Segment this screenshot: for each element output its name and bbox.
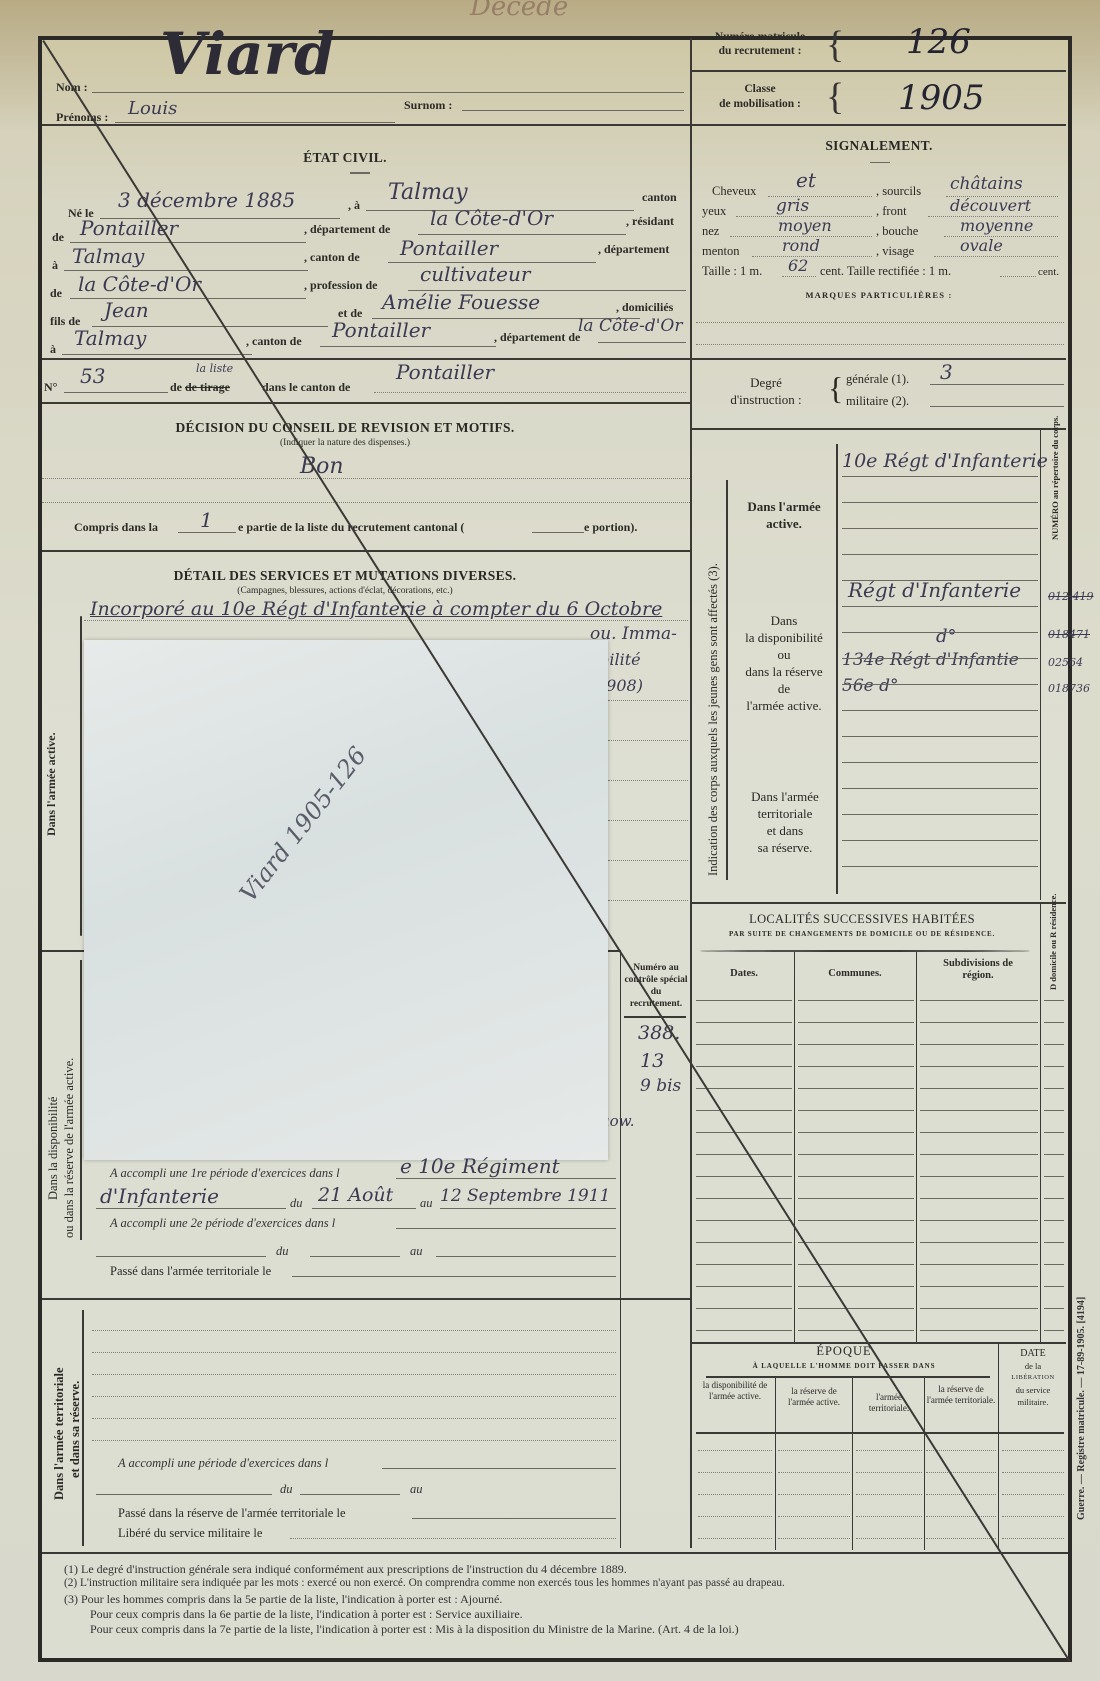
ruled-line <box>926 1472 996 1473</box>
side-label-territoriale-1: Dans l'armée territoriale <box>52 1367 67 1500</box>
de-label: de <box>52 230 64 245</box>
ruled-line <box>1044 1066 1064 1067</box>
domicile-value: Talmay <box>74 326 146 350</box>
domicile-canton-line <box>320 346 496 347</box>
territoriale-rule-6 <box>92 1440 616 1441</box>
ruled-line <box>842 762 1038 763</box>
nom-value: Viard <box>160 20 335 88</box>
departement-line <box>418 234 626 235</box>
repertoire-value-4: 018736 <box>1048 682 1090 695</box>
bouche-label: , bouche <box>876 224 918 239</box>
territoriale-rule-4 <box>92 1396 616 1397</box>
territoriale-rule-3 <box>92 1374 616 1375</box>
ruled-line <box>696 1308 792 1309</box>
corps-active-label: Dans l'armée active. <box>734 498 834 532</box>
ruled-line <box>696 1088 792 1089</box>
ruled-line <box>920 1154 1038 1155</box>
localites-title: LOCALITÉS SUCCESSIVES HABITÉES <box>692 912 1032 927</box>
instruction-label-1: Degré <box>706 374 826 391</box>
repertoire-value-3: 02564 <box>1048 656 1083 669</box>
territoriale-du-label: du <box>280 1482 293 1497</box>
ruled-line <box>856 1516 922 1517</box>
dans-canton-label: dans le canton de <box>262 380 350 395</box>
etat-civil-title-rule <box>350 172 370 174</box>
tirage-bottom-rule <box>42 402 690 404</box>
ruled-line <box>1044 1044 1064 1045</box>
ruled-line <box>696 1000 792 1001</box>
localites-col-communes: Communes. <box>794 968 916 979</box>
decision-line-1 <box>42 478 690 479</box>
bouche-value: moyenne <box>960 216 1033 235</box>
passe-reserve-label: Passé dans la réserve de l'armée territo… <box>118 1506 346 1521</box>
taille-cent2-label: cent. <box>1038 266 1059 278</box>
services-title: DÉTAIL DES SERVICES ET MUTATIONS DIVERSE… <box>0 568 690 584</box>
passe-reserve-line <box>412 1518 616 1519</box>
ruled-line <box>920 1066 1038 1067</box>
disp-line-1: la disponibilité <box>728 629 840 646</box>
ruled-line <box>798 1044 914 1045</box>
localites-divider-3 <box>1040 902 1041 1342</box>
numero-repertoire-label: NUMÉRO au répertoire du corps. <box>1050 416 1060 540</box>
footnote-5: Pour ceux compris dans la 7e partie de l… <box>90 1622 739 1637</box>
matricule-value: 126 <box>906 22 971 62</box>
corps-disponibilite-value-4: 56e d° <box>842 676 898 696</box>
marques-line-2 <box>696 344 1064 345</box>
front-value: découvert <box>950 196 1031 215</box>
classe-label: Classe de mobilisation : <box>700 82 820 112</box>
territoriale-au-label: au <box>410 1482 423 1497</box>
matricule-brace: { <box>826 26 844 64</box>
terr-line-0: Dans l'armée <box>730 788 840 805</box>
side-label-active: Dans l'armée active. <box>44 732 59 836</box>
prenoms-label: Prénoms : <box>56 110 108 125</box>
imprint: Guerre. — Registre matricule. — 17-89-19… <box>1076 1297 1087 1520</box>
birth-departement-value: la Côte-d'Or <box>430 206 553 230</box>
localites-col-domicile: D domicile ou R résidence. <box>1048 893 1058 990</box>
numero-tirage-line <box>64 392 168 393</box>
localites-header-curve <box>700 950 1030 952</box>
ruled-line <box>920 1044 1038 1045</box>
periode-1-value-line2: d'Infanterie <box>100 1184 219 1208</box>
ruled-line <box>842 606 1038 607</box>
ruled-line <box>698 1516 772 1517</box>
nom-line <box>92 92 684 93</box>
marques-rule <box>692 358 1066 360</box>
etat-civil-title: ÉTAT CIVIL. <box>0 150 690 166</box>
instruction-rule <box>692 428 1066 430</box>
disp-line-4: de <box>728 680 840 697</box>
a-label: , à <box>348 198 360 213</box>
mere-value: Amélie Fouesse <box>382 290 540 314</box>
territoriale-right-divider <box>620 1298 621 1548</box>
classe-label-2: de mobilisation : <box>700 97 820 112</box>
localites-subtitle: PAR SUITE DE CHANGEMENTS DE DOMICILE OU … <box>692 930 1032 938</box>
localites-divider-1 <box>794 952 795 1342</box>
corps-disponibilite-value-2: d° <box>936 626 957 647</box>
domicile-departement-line <box>598 342 686 343</box>
ruled-line <box>798 1308 914 1309</box>
profession-label: , profession de <box>304 278 377 293</box>
ruled-line <box>920 1132 1038 1133</box>
ruled-line <box>1002 1494 1064 1495</box>
taille-label: Taille : 1 m. <box>702 264 762 279</box>
menton-line <box>752 256 872 257</box>
numero-controle-value-2: 13 <box>640 1050 664 1072</box>
terr-line-1: territoriale <box>730 805 840 822</box>
ruled-line <box>920 1286 1038 1287</box>
ruled-line <box>696 1132 792 1133</box>
signalement-title-rule <box>870 162 890 163</box>
domicile-line <box>62 354 252 355</box>
residence-line <box>64 270 308 271</box>
portion-line <box>532 532 584 533</box>
nez-label: nez <box>702 224 719 239</box>
canton-line <box>70 242 306 243</box>
corps-disponibilite-value-3: 134e Régt d'Infantie <box>842 650 1019 670</box>
ruled-line <box>920 1000 1038 1001</box>
tirage-struck: de tirage <box>185 380 230 394</box>
ruled-line <box>1044 1110 1064 1111</box>
ruled-line <box>856 1538 922 1539</box>
domicilies-label: , domiciliés <box>616 300 673 315</box>
ruled-line <box>696 1154 792 1155</box>
ruled-line <box>842 502 1038 503</box>
disp-line-0: Dans <box>728 612 840 629</box>
visage-value: ovale <box>960 236 1003 255</box>
side-label-disponibilite-1: Dans la disponibilité <box>46 1097 61 1200</box>
ruled-line <box>1044 1330 1064 1331</box>
generale-line <box>930 384 1064 385</box>
menton-label: menton <box>702 244 740 259</box>
nez-value: moyen <box>778 216 832 235</box>
ruled-line <box>920 1220 1038 1221</box>
territoriale-du-line <box>300 1494 400 1495</box>
epoque-divider-4 <box>998 1342 999 1550</box>
instruction-brace: { <box>828 368 843 408</box>
attached-paper-slip: Viard 1905-126 <box>84 640 608 1160</box>
prenoms-line <box>115 122 395 123</box>
footnotes-top-rule <box>42 1552 1068 1554</box>
corps-disponibilite-value-1: Régt d'Infanterie <box>848 578 1021 602</box>
ruled-line <box>778 1472 850 1473</box>
periode-2-du-label: du <box>276 1244 289 1259</box>
numero-tirage-value: 53 <box>80 364 105 388</box>
epoque-divider-3 <box>924 1378 925 1550</box>
numero-tirage-label: N° <box>44 380 57 395</box>
corps-side-label: Indication des corps auxquels les jeunes… <box>706 563 721 876</box>
stamp-decede: Décédé <box>470 0 568 22</box>
sourcils-value: châtains <box>950 174 1023 194</box>
dl-2: LIBÉRATION <box>1000 1372 1066 1384</box>
ruled-line <box>920 1330 1038 1331</box>
sourcils-label: , sourcils <box>876 184 921 199</box>
ruled-line <box>842 580 1038 581</box>
periode-1-au-value: 12 Septembre 1911 <box>440 1186 610 1206</box>
ruled-line <box>856 1450 922 1451</box>
ruled-line <box>926 1538 996 1539</box>
periode-2-label: A accompli une 2e période d'exercices da… <box>110 1216 335 1231</box>
epoque-header-curve <box>706 1376 990 1378</box>
epoque-subtitle: À LAQUELLE L'HOMME DOIT PASSER DANS <box>694 1362 994 1370</box>
territoriale-periode-line <box>382 1468 616 1469</box>
taille-rectifiee-line <box>1000 276 1036 277</box>
decision-subtitle: (Indiquer la nature des dispenses.) <box>0 438 690 448</box>
taille-cent-label: cent. Taille rectifiée : 1 m. <box>820 264 951 279</box>
decision-title: DÉCISION DU CONSEIL DE REVISION ET MOTIF… <box>0 420 690 436</box>
domicile-canton-value: Pontailler <box>332 318 430 342</box>
ruled-line <box>778 1516 850 1517</box>
marques-line-1 <box>696 322 1064 323</box>
services-rule-5 <box>608 820 688 821</box>
slip-note: Viard 1905-126 <box>234 742 372 908</box>
visage-line <box>934 256 1058 257</box>
matricule-label: Numéro matricule du recrutement : <box>700 30 820 58</box>
disp-line-3: dans la réserve <box>728 663 840 680</box>
date-liberation-header: DATE de la LIBÉRATION du service militai… <box>1000 1348 1066 1408</box>
terr-line-2: et dans <box>730 822 840 839</box>
periode-1-du-line <box>312 1208 416 1209</box>
services-rule-7 <box>608 900 688 901</box>
periode-2-au-line <box>436 1256 616 1257</box>
ruled-line <box>1044 1308 1064 1309</box>
numero-controle-value-3: 9 bis <box>640 1076 681 1096</box>
compris-line <box>178 532 236 533</box>
ruled-line <box>798 1220 914 1221</box>
footnote-2: (2) L'instruction militaire sera indiqué… <box>64 1577 785 1589</box>
ruled-line <box>842 710 1038 711</box>
ruled-line <box>698 1538 772 1539</box>
ruled-line <box>698 1450 772 1451</box>
periode-1-au-label: au <box>420 1196 433 1211</box>
periode-1-au-line <box>440 1208 616 1209</box>
epoque-col-header-rule <box>696 1432 1064 1434</box>
ruled-line <box>842 788 1038 789</box>
militaire-label: militaire (2). <box>846 394 909 409</box>
epoque-col-1: la disponibilité de l'armée active. <box>696 1380 774 1402</box>
ruled-line <box>926 1494 996 1495</box>
taille-value: 62 <box>788 256 808 275</box>
active-bracket <box>80 616 82 936</box>
de-tirage-label: de de tirage <box>170 380 230 395</box>
territoriale-du-pre-line <box>96 1494 272 1495</box>
ruled-line <box>778 1450 850 1451</box>
de-la-liste-correction: la liste <box>196 362 233 375</box>
localites-col-subdivisions: Subdivisions de région. <box>938 958 1018 982</box>
classe-label-1: Classe <box>700 82 820 97</box>
services-rule-2 <box>608 700 688 701</box>
footnote-1: (1) Le degré d'instruction générale sera… <box>64 1562 627 1577</box>
passe-territoriale-label: Passé dans l'armée territoriale le <box>110 1264 271 1279</box>
canton-label: canton <box>642 190 677 205</box>
ruled-line <box>842 684 1038 685</box>
ruled-line <box>842 736 1038 737</box>
ruled-line <box>842 658 1038 659</box>
ruled-line <box>798 1330 914 1331</box>
ruled-line <box>842 554 1038 555</box>
disponibilite-bracket <box>80 960 82 1240</box>
periode-1-line-2 <box>96 1208 286 1209</box>
services-rule-1 <box>84 620 688 621</box>
epoque-divider-1 <box>775 1378 776 1550</box>
periode-1-du-value: 21 Août <box>318 1184 393 1206</box>
ruled-line <box>696 1330 792 1331</box>
ruled-line <box>798 1286 914 1287</box>
de2-label: de <box>50 286 62 301</box>
generale-value: 3 <box>940 360 953 384</box>
ruled-line <box>698 1472 772 1473</box>
dl-1: de la <box>1000 1360 1066 1372</box>
services-line-1: Incorporé au 10e Régt d'Infanterie à com… <box>90 598 662 620</box>
generale-label: générale (1). <box>846 372 909 387</box>
ruled-line <box>1044 1176 1064 1177</box>
periode-2-line-2 <box>96 1256 266 1257</box>
classe-brace: { <box>826 78 844 116</box>
pere-value: Jean <box>104 298 149 322</box>
ruled-line <box>842 528 1038 529</box>
classe-value: 1905 <box>898 78 985 118</box>
territoriale-rule-2 <box>92 1352 616 1353</box>
surnom-label: Surnom : <box>404 98 452 113</box>
side-label-territoriale-2: et dans sa réserve. <box>68 1381 83 1478</box>
ruled-line <box>798 1242 914 1243</box>
repertoire-divider <box>1040 430 1041 900</box>
tirage-canton-line <box>374 392 686 393</box>
dl-3: du service <box>1000 1384 1066 1396</box>
ruled-line <box>696 1066 792 1067</box>
territoriale-rule-1 <box>92 1330 616 1331</box>
corps-bottom-rule <box>692 902 1066 904</box>
ruled-line <box>1044 1154 1064 1155</box>
ruled-line <box>842 840 1038 841</box>
compris-label: Compris dans la <box>74 520 158 535</box>
ruled-line <box>696 1286 792 1287</box>
ruled-line <box>842 866 1038 867</box>
terr-line-3: sa réserve. <box>730 839 840 856</box>
corps-values-bracket <box>836 444 838 894</box>
ruled-line <box>1002 1450 1064 1451</box>
epoque-col-2: la réserve de l'armée active. <box>778 1386 850 1408</box>
ruled-line <box>798 1198 914 1199</box>
front-label: , front <box>876 204 907 219</box>
ruled-line <box>920 1264 1038 1265</box>
cheveux-label: Cheveux <box>712 184 756 199</box>
ruled-line <box>778 1538 850 1539</box>
ruled-line <box>798 1176 914 1177</box>
ruled-line <box>698 1494 772 1495</box>
ruled-line <box>696 1264 792 1265</box>
ruled-line <box>920 1110 1038 1111</box>
ruled-line <box>1002 1538 1064 1539</box>
portion-suffix: e portion). <box>584 520 637 535</box>
ruled-line <box>1044 1242 1064 1243</box>
dl-0: DATE <box>1000 1348 1066 1360</box>
ruled-line <box>1044 1088 1064 1089</box>
services-rule-4 <box>608 780 688 781</box>
ruled-line <box>920 1022 1038 1023</box>
classe-rule <box>692 124 1066 126</box>
ruled-line <box>798 1264 914 1265</box>
yeux-label: yeux <box>702 204 726 219</box>
services-subtitle: (Campagnes, blessures, actions d'éclat, … <box>0 586 690 596</box>
menton-value: rond <box>782 236 820 255</box>
a3-label: à <box>50 342 56 357</box>
prenoms-value: Louis <box>128 98 177 119</box>
localites-divider-2 <box>916 952 917 1342</box>
decision-line-2 <box>42 502 690 503</box>
etat-civil-bottom-rule <box>42 358 690 360</box>
ruled-line <box>798 1132 914 1133</box>
instruction-label-2: d'instruction : <box>706 391 826 408</box>
ruled-line <box>1002 1516 1064 1517</box>
ruled-line <box>920 1242 1038 1243</box>
compris-value: 1 <box>200 508 213 532</box>
ruled-line <box>1044 1264 1064 1265</box>
visage-label: , visage <box>876 244 914 259</box>
taille-line <box>782 276 816 277</box>
canton-de-label: , canton de <box>304 250 360 265</box>
ruled-line <box>798 1154 914 1155</box>
numero-controle-value-1: 388. <box>638 1022 680 1044</box>
repertoire-value-1: 012.419 <box>1048 590 1094 603</box>
periode-1-line <box>396 1178 616 1179</box>
surnom-line <box>462 110 684 111</box>
controle-header-rule <box>624 1016 686 1018</box>
ruled-line <box>842 814 1038 815</box>
ruled-line <box>1044 1286 1064 1287</box>
periode-2-line <box>396 1228 616 1229</box>
ruled-line <box>842 632 1038 633</box>
periode-1-du-label: du <box>290 1196 303 1211</box>
ruled-line <box>920 1308 1038 1309</box>
signalement-title: SIGNALEMENT. <box>692 138 1066 154</box>
corps-territoriale-label: Dans l'armée territoriale et dans sa rés… <box>730 788 840 856</box>
ruled-line <box>798 1000 914 1001</box>
ruled-line <box>696 1220 792 1221</box>
periode-1-value: e 10e Régiment <box>400 1154 560 1178</box>
footnote-4: Pour ceux compris dans la 6e partie de l… <box>90 1607 523 1622</box>
ruled-line <box>1044 1022 1064 1023</box>
passe-territoriale-line <box>292 1276 616 1277</box>
ruled-line <box>842 476 1038 477</box>
residence-departement-value: la Côte-d'Or <box>78 272 201 296</box>
tirage-canton-value: Pontailler <box>396 360 494 384</box>
side-label-disponibilite-2: ou dans la réserve de l'armée active. <box>62 1058 77 1238</box>
services-rule-3 <box>608 740 688 741</box>
ruled-line <box>798 1066 914 1067</box>
ruled-line <box>798 1088 914 1089</box>
periode-1-label: A accompli une 1re période d'exercices d… <box>110 1166 340 1181</box>
a2-label: à <box>52 258 58 273</box>
marques-label: MARQUES PARTICULIÈRES : <box>692 290 1066 300</box>
services-rule-6 <box>608 860 688 861</box>
ruled-line <box>1044 1000 1064 1001</box>
profession-value: cultivateur <box>420 262 530 286</box>
yeux-value: gris <box>776 196 809 216</box>
ruled-line <box>856 1494 922 1495</box>
epoque-title: ÉPOQUE <box>694 1344 994 1359</box>
ruled-line <box>920 1176 1038 1177</box>
ruled-line <box>1044 1132 1064 1133</box>
ruled-line <box>778 1494 850 1495</box>
territoriale-rule-5 <box>92 1418 616 1419</box>
header-separator <box>42 124 690 126</box>
cheveux-value: et <box>796 168 816 192</box>
residence-value: Talmay <box>72 244 144 268</box>
footnote-3: (3) Pour les hommes compris dans la 5e p… <box>64 1592 502 1607</box>
militaire-line <box>930 406 1064 407</box>
corps-active-value: 10e Régt d'Infanterie <box>842 450 1048 472</box>
ruled-line <box>1002 1472 1064 1473</box>
